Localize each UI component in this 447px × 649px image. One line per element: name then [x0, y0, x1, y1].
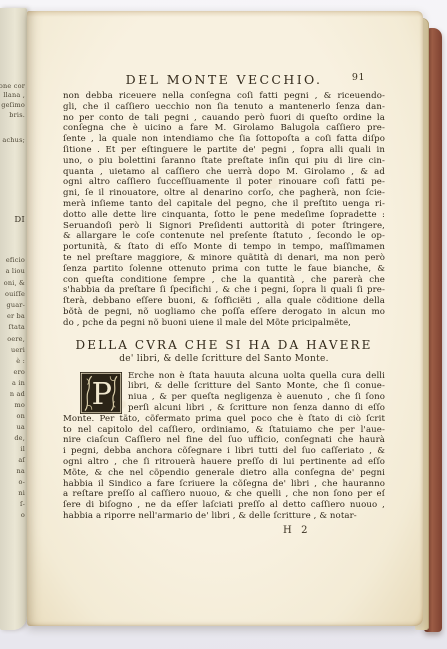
text-line: merà inſieme tanto del capitale del pegn…: [63, 199, 385, 210]
left-page-text-fragment: oni, &: [4, 280, 25, 287]
text-line: ogni altro , che ſi ritrouerà hauere pre…: [63, 457, 385, 468]
text-line: to nel capitolo del caſſiero, ordiniamo,…: [63, 425, 385, 436]
text-line: ſere di biſogno , ne da eſſer laſciati p…: [63, 500, 385, 511]
text-line: ſente , la quale non intendiamo che ſia …: [63, 134, 385, 145]
text-line: portunità, & ſtato di eſſo Monte di temp…: [63, 242, 385, 253]
text-line: conſegna che è uicino a fare M. Girolamo…: [63, 123, 385, 134]
text-line: no per conto de tali pegni , cauando per…: [63, 113, 385, 124]
drop-cap-letter: P: [92, 376, 112, 411]
text-line: te nel preſtare maggiore, & minore quãti…: [63, 253, 385, 264]
left-page-text-fragment: ua: [17, 424, 25, 431]
left-page-text-fragment: ſtata: [9, 324, 25, 331]
section-heading-subtitle: de' libri, & delle ſcritture del Santo M…: [63, 354, 385, 364]
text-line: non debba riceuere nella conſegna coſi f…: [63, 91, 385, 102]
signature-mark: H 2: [283, 525, 385, 536]
left-page-text-fragment: guar-: [6, 302, 25, 309]
left-page-text-fragment: ouiſſe: [5, 291, 25, 298]
woodcut-initial: P: [80, 372, 122, 414]
left-page: one corllana ,geſimobris.achus;DIeficioa…: [0, 8, 27, 630]
left-page-text-fragment: ſ-: [20, 501, 25, 508]
text-line: habbia il Sindico a fare ſcriuere la cõſ…: [63, 479, 385, 490]
left-page-text-fragment: oere,: [7, 336, 25, 343]
text-line: ſenza partito ſolenne ottenuto prima con…: [63, 264, 385, 275]
text-line: perſi alcuni libri , & ſcritture non ſen…: [128, 403, 385, 414]
text-line: libri, & delle ſcritture del Santo Monte…: [128, 381, 385, 392]
left-page-text-fragment: o: [21, 512, 25, 519]
text-block: DEL MONTE VECCHIO. 91 non debba riceuere…: [63, 69, 385, 536]
text-line: Mõte, & che nel cõpendio generale dietro…: [63, 468, 385, 479]
text-line: con queſta conditione ſempre , che la qu…: [63, 275, 385, 286]
left-page-text-fragment: n ad: [10, 391, 25, 398]
text-line: habbia a riporre nell'armario de' libri …: [63, 511, 385, 522]
left-page-text-fragment: a liou: [6, 268, 25, 275]
text-line: & allargare le coſe contenute nel preſen…: [63, 231, 385, 242]
text-line: i pegni, debba anchora cõſegnare i libri…: [63, 446, 385, 457]
left-page-text-fragment: de,: [14, 435, 25, 442]
text-line: ogni altro caſſiero ſucceſſiuamente il p…: [63, 177, 385, 188]
left-page-text-fragment: è :: [16, 358, 25, 365]
left-page-text-fragment: o-: [18, 479, 25, 486]
left-page-text-fragment: llana ,: [3, 92, 25, 99]
left-page-text-fragment: achus;: [2, 137, 25, 144]
left-page-text-fragment: ni: [18, 490, 25, 497]
left-page-text-fragment: geſimo: [1, 102, 25, 109]
book-photo: one corllana ,geſimobris.achus;DIeficioa…: [0, 0, 447, 649]
left-page-text-fragment: a in: [12, 380, 25, 387]
text-line: bõtà de pegni, nõ uogliamo che poſſa eſſ…: [63, 307, 385, 318]
text-line: Monte. Per tãto, cõfermato prima quel po…: [63, 414, 385, 425]
woodcut-initial-art: P: [80, 372, 122, 414]
text-line: quanta , uietamo al caſſiero che uerrà d…: [63, 167, 385, 178]
left-page-text-fragment: eficio: [6, 257, 25, 264]
left-page-text-fragment: DI: [14, 217, 25, 224]
text-line: dotto alle dette lire cinquanta, ſotto l…: [63, 210, 385, 221]
text-line: do , pche da pegni nõ buoni uiene il mal…: [63, 318, 385, 329]
text-line: ſitione . Et per eſtinguere le partite d…: [63, 145, 385, 156]
left-page-text-fragment: on: [17, 413, 26, 420]
text-line: gli, che il caſſiero uecchio non ſia ten…: [63, 102, 385, 113]
text-line: ſterà, debbano eſſere buoni, & ſofficiët…: [63, 296, 385, 307]
left-page-text-fragment: mo: [15, 402, 25, 409]
section-heading: DELLA CVRA CHE SI HA DA HAVERE de' libri…: [63, 338, 385, 364]
left-page-text-fragment: il: [20, 446, 25, 453]
page-number: 91: [352, 72, 365, 83]
left-page-text-fragment: ero: [14, 369, 25, 376]
left-page-text-fragment: bris.: [9, 112, 25, 119]
section-heading-caps: DELLA CVRA CHE SI HA DA HAVERE: [63, 338, 385, 352]
text-line: gni, ſe il rinouatore, oltre al denarino…: [63, 188, 385, 199]
text-line: a reſtare preſſo al caſſiero nuouo, & ch…: [63, 489, 385, 500]
left-page-text-fragment: aſ: [18, 457, 25, 464]
running-header: DEL MONTE VECCHIO. 91: [63, 69, 385, 84]
text-line: niua , & per queſta negligenza è auenuto…: [128, 392, 385, 403]
text-line: s'habbia da preſtare ſi ſpecifichi , & c…: [63, 285, 385, 296]
left-page-text-fragment: na: [17, 468, 25, 475]
text-line: nire ciaſcun Caſſiero nel fine del ſuo u…: [63, 435, 385, 446]
running-header-title: DEL MONTE VECCHIO.: [126, 72, 323, 87]
text-line: Erche non è ſtata hauuta alcuna uolta qu…: [128, 371, 385, 382]
text-line: Seruandoſi però li Signori Preſidenti au…: [63, 221, 385, 232]
paragraph-1: non debba riceuere nella conſegna coſi f…: [63, 91, 385, 329]
paragraph-2: P Erche non è ſtata hauuta alcuna uolta …: [63, 371, 385, 522]
book-page: DEL MONTE VECCHIO. 91 non debba riceuere…: [27, 11, 423, 626]
text-line: uno, o piu bolettini ſaranno ſtate preſt…: [63, 156, 385, 167]
left-page-text-fragment: er ba: [7, 313, 25, 320]
left-page-text-fragment: one cor: [0, 83, 25, 90]
left-page-text-fragment: ueri: [11, 347, 25, 354]
